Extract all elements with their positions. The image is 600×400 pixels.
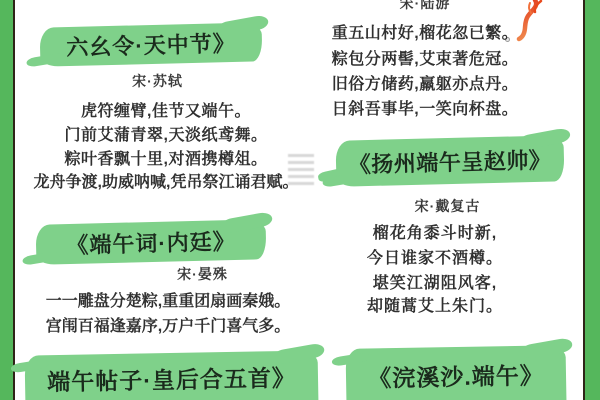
poem-line: 一一雕盘分楚粽,重重团扇画秦娥。 bbox=[10, 288, 326, 311]
poem-line: 虎符缠臂,佳节又端午。 bbox=[10, 98, 322, 121]
right-green-border bbox=[585, 0, 600, 400]
right-border-line bbox=[583, 0, 585, 400]
poem-line: 却随蒿艾上朱门。 bbox=[320, 293, 550, 316]
title-highlight-huanxisha: 《浣溪沙.端午》 bbox=[346, 345, 567, 400]
poem-title-yangzhou: 《扬州端午呈赵帅》 bbox=[348, 143, 551, 179]
poem-title-duanwutiezi: 端午帖子·皇后合五首》 bbox=[47, 359, 296, 396]
poem-line: 堪笑江湖阻风客, bbox=[320, 270, 550, 293]
poem-title-liuyaoling: 六幺令·天中节》 bbox=[66, 27, 236, 62]
title-highlight-duanwutiezi: 端午帖子·皇后合五首》 bbox=[25, 350, 319, 400]
title-highlight-duanwuci: 《端午词·内廷》 bbox=[36, 219, 267, 265]
poem-line: 重五山村好,榴花忽已繁。 bbox=[310, 20, 540, 43]
poem-line: 粽叶香飘十里,对酒携樽俎。 bbox=[10, 146, 322, 169]
author-luyou: 宋·陆游 bbox=[320, 0, 530, 13]
poem-line: 门前艾蒲青翠,天淡纸鸢舞。 bbox=[10, 122, 322, 145]
poem-line: 榴花角黍斗时新, bbox=[320, 220, 550, 243]
author-yanshu: 宋·晏殊 bbox=[105, 264, 300, 284]
title-highlight-yangzhou: 《扬州端午呈赵帅》 bbox=[335, 135, 564, 187]
poem-line: 粽包分两髻,艾束著危冠。 bbox=[310, 46, 540, 69]
poem-line: 今日谁家不酒樽。 bbox=[320, 245, 550, 268]
poem-title-duanwuci: 《端午词·内廷》 bbox=[66, 224, 236, 259]
poem-line: 旧俗方储药,羸躯亦点丹。 bbox=[310, 71, 540, 94]
poem-line: 龙舟争渡,助威呐喊,凭吊祭江诵君赋。 bbox=[8, 169, 324, 192]
author-sushi: 宋·苏轼 bbox=[60, 71, 255, 91]
poster-page: { "colors": { "border_green": "#55b75c",… bbox=[0, 0, 600, 400]
left-green-border bbox=[0, 0, 13, 400]
title-highlight-liuyaoling: 六幺令·天中节》 bbox=[40, 22, 263, 66]
poem-title-huanxisha: 《浣溪沙.端午》 bbox=[368, 357, 544, 393]
author-daifugu: 宋·戴复古 bbox=[340, 196, 555, 216]
poem-line: 日斜吾事毕,一笑向杯盘。 bbox=[310, 96, 540, 119]
poem-line: 宫闱百福逢嘉序,万户千门喜气多。 bbox=[10, 313, 326, 336]
left-border-line bbox=[13, 0, 15, 400]
